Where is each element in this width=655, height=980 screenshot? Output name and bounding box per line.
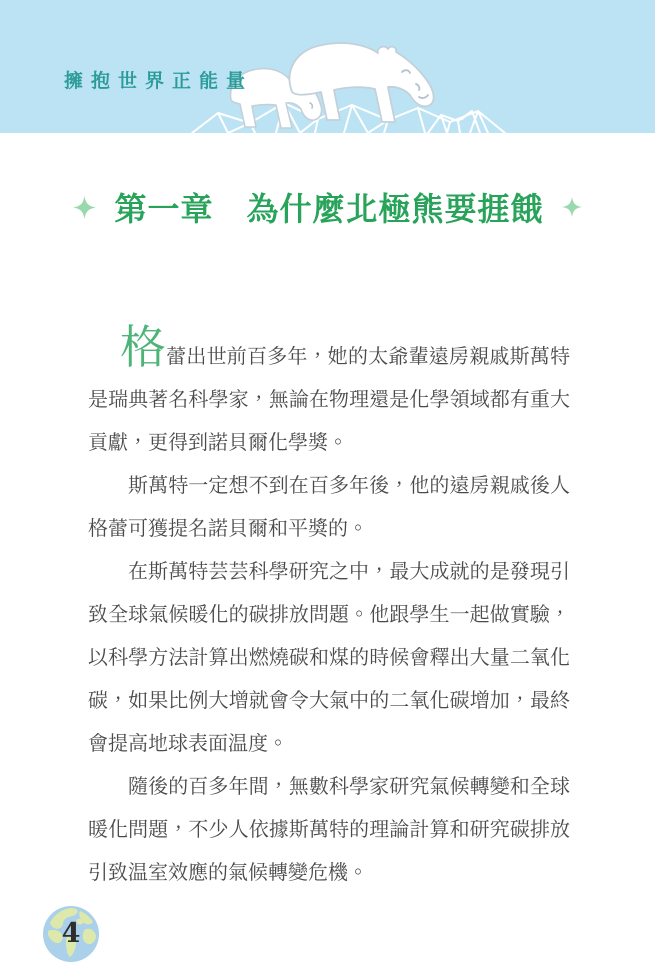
paragraph: 在斯萬特芸芸科學研究之中，最大成就的是發現引致全球氣候暖化的碳排放問題。他跟學生… [88,551,570,766]
body-text: 格蕾出世前百多年，她的太爺輩遠房親戚斯萬特是瑞典著名科學家，無論在物理還是化學領… [88,336,570,895]
series-title: 擁抱世界正能量 [64,66,253,93]
chapter-heading: 第一章 為什麼北極熊要捱餓 [0,184,655,230]
paragraph: 斯萬特一定想不到在百多年後，他的遠房親戚後人格蕾可獲提名諾貝爾和平獎的。 [88,465,570,551]
dropcap-character: 格 [120,321,166,373]
page-footer: 4 [42,905,100,963]
paragraph: 隨後的百多年間，無數科學家研究氣候轉變和全球暖化問題，不少人依據斯萬特的理論計算… [88,766,570,895]
page-number: 4 [56,918,86,949]
header-band: 擁抱世界正能量 [0,0,655,133]
sparkle-icon [562,197,582,217]
sparkle-icon [73,196,96,219]
paragraph: 格蕾出世前百多年，她的太爺輩遠房親戚斯萬特是瑞典著名科學家，無論在物理還是化學領… [88,336,570,465]
book-page: 擁抱世界正能量 第一章 為什麼北極熊要捱餓 格蕾出世前百多年，她的太爺輩遠房親戚… [0,0,655,980]
chapter-title: 第一章 為什麼北極熊要捱餓 [114,184,543,230]
